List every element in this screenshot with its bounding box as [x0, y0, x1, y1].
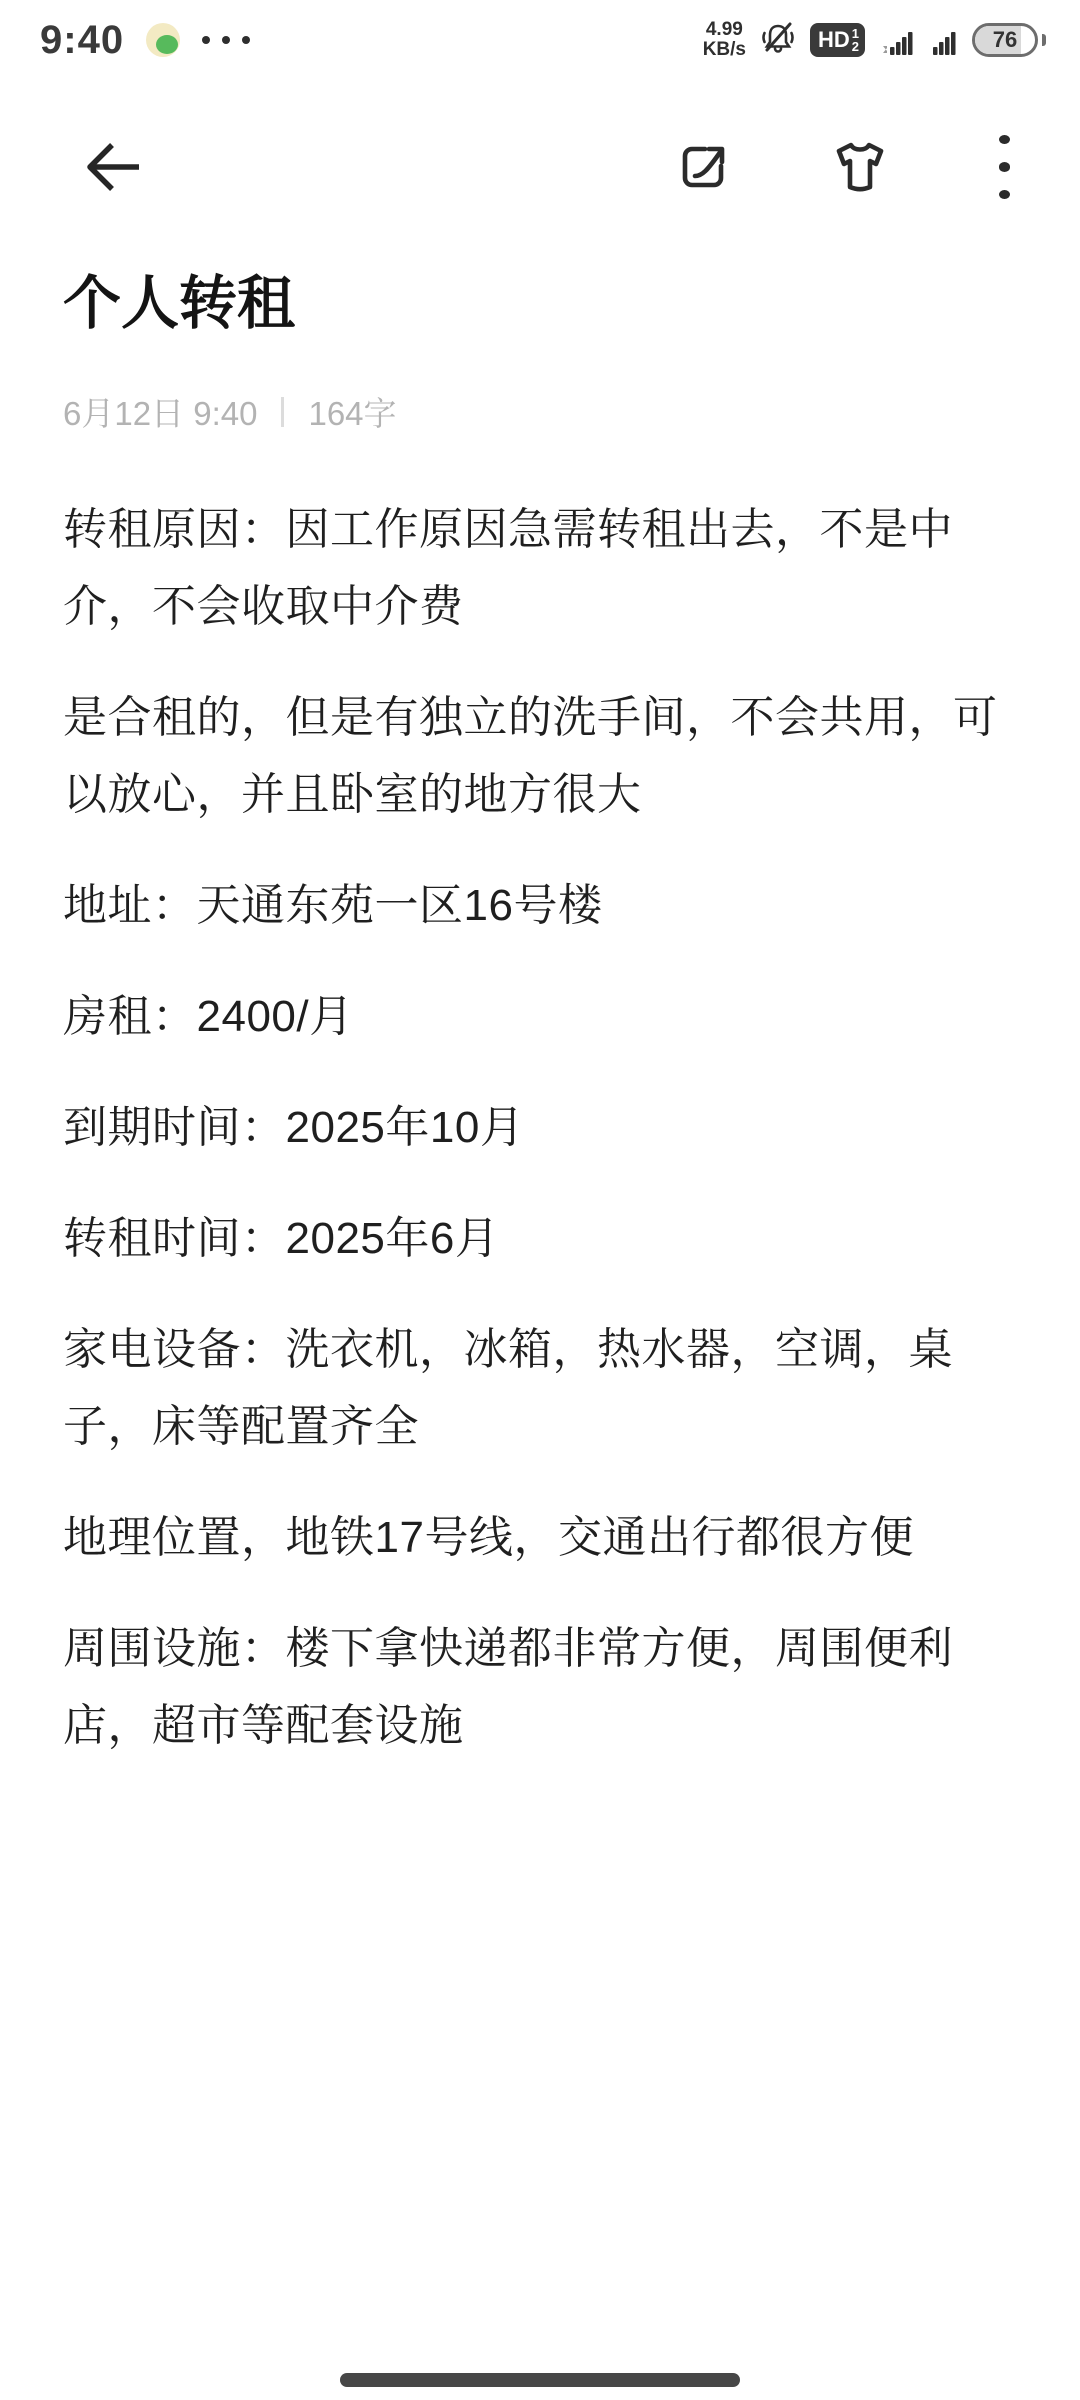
note-paragraph[interactable]: 转租原因：因工作原因急需转租出去，不是中介，不会收取中介费: [63, 491, 1020, 645]
skin-button[interactable]: [828, 135, 892, 199]
note-paragraph[interactable]: 周围设施：楼下拿快递都非常方便，周围便利店，超市等配套设施: [63, 1610, 1020, 1764]
note-paragraph[interactable]: 转租时间：2025年6月: [63, 1200, 1020, 1277]
sim1-signal-bars-icon: [881, 24, 915, 56]
home-indicator[interactable]: [340, 2373, 740, 2387]
chat-app-notification-icon: [146, 23, 180, 57]
battery-icon: 76: [972, 23, 1038, 57]
share-button[interactable]: [672, 135, 736, 199]
arrow-left-icon: [81, 140, 143, 194]
note-paragraph[interactable]: 地址：天通东苑一区16号楼: [63, 867, 1020, 944]
note-meta: 6月12日 9:40 164字: [63, 388, 1020, 435]
back-button[interactable]: [80, 135, 144, 199]
tshirt-icon: [830, 138, 890, 196]
note-body[interactable]: 转租原因：因工作原因急需转租出去，不是中介，不会收取中介费是合租的，但是有独立的…: [63, 491, 1020, 1764]
network-speed: 4.99 KB/s: [703, 20, 746, 60]
toolbar: [0, 108, 1080, 226]
mute-bell-icon: [759, 19, 797, 62]
note-title[interactable]: 个人转租: [63, 270, 1020, 338]
note-paragraph[interactable]: 到期时间：2025年10月: [63, 1089, 1020, 1166]
battery-cap: [1042, 34, 1046, 46]
note-paragraph[interactable]: 地理位置，地铁17号线，交通出行都很方便: [63, 1499, 1020, 1576]
note-paragraph[interactable]: 是合租的，但是有独立的洗手间，不会共用，可以放心，并且卧室的地方很大: [63, 679, 1020, 833]
note-word-count: 164字: [308, 388, 396, 435]
note-paragraph[interactable]: 房租：2400/月: [63, 978, 1020, 1055]
kebab-dot: [999, 190, 1010, 199]
sim2-signal: [928, 24, 959, 56]
status-bar: 9:40 4.99 KB/s HD 1 2: [0, 0, 1080, 74]
clock: 9:40: [40, 18, 124, 63]
more-notifications-icon: [202, 36, 250, 44]
share-external-icon: [675, 138, 733, 196]
note-paragraph[interactable]: 家电设备：洗衣机，冰箱，热水器，空调，桌子，床等配置齐全: [63, 1311, 1020, 1465]
sim1-signal: [878, 24, 915, 56]
note-editor: 个人转租 6月12日 9:40 164字 转租原因：因工作原因急需转租出去，不是…: [63, 226, 1020, 1798]
kebab-dot: [999, 135, 1010, 144]
meta-divider: [281, 397, 284, 427]
sim2-signal-bars-icon: [931, 24, 959, 56]
more-menu-button[interactable]: [984, 135, 1024, 199]
volte-hd-badge: HD 1 2: [810, 23, 865, 57]
note-date: 6月12日 9:40: [63, 388, 257, 435]
kebab-dot: [999, 162, 1010, 171]
